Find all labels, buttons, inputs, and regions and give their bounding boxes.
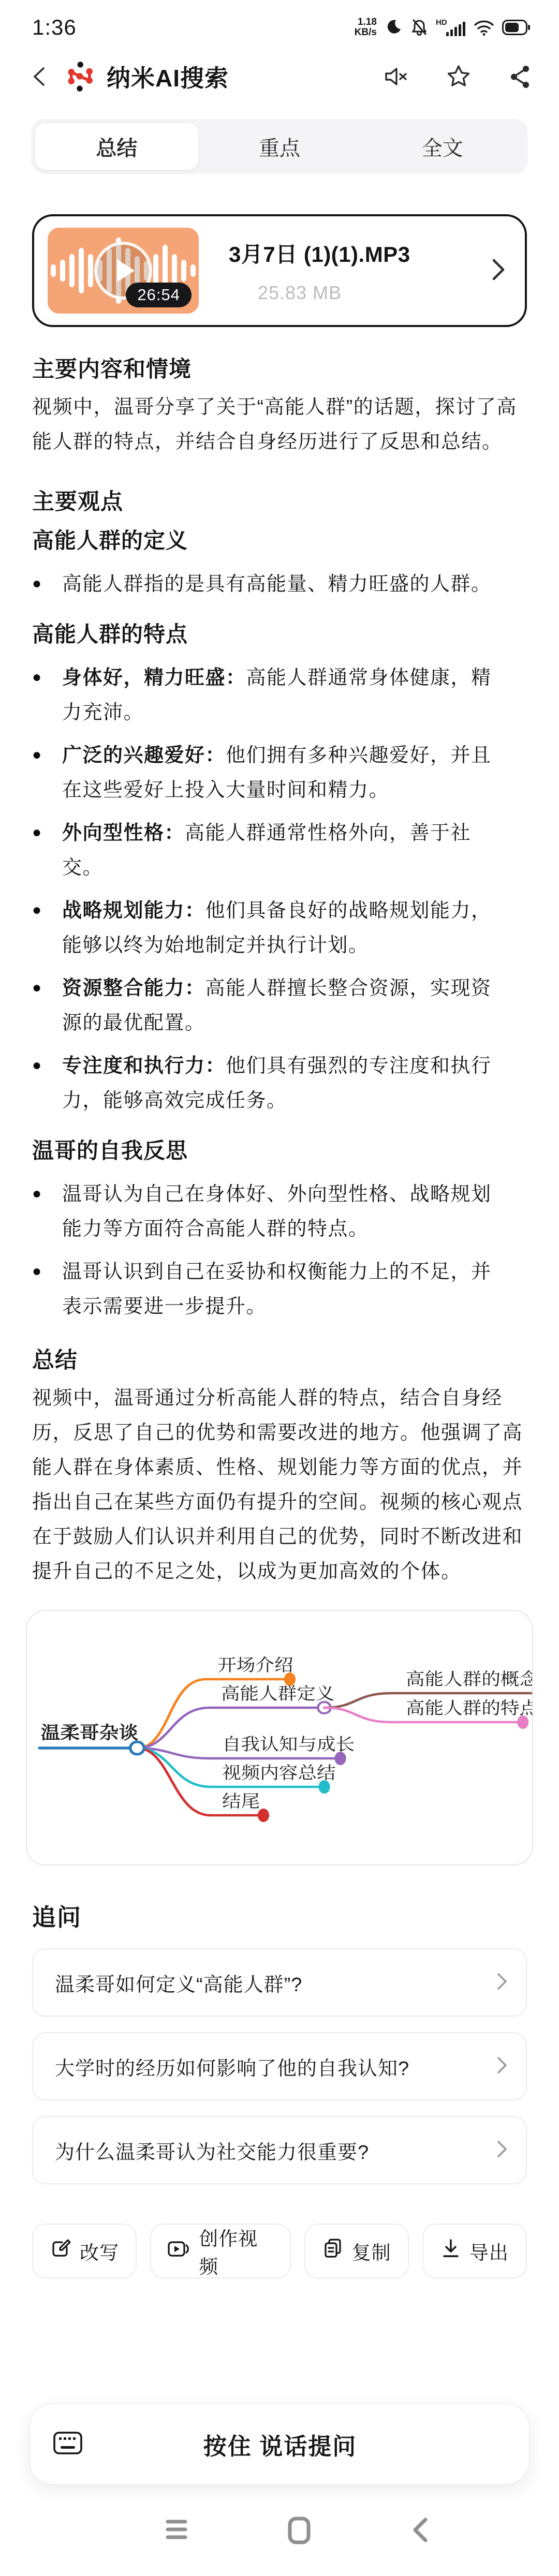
bullet-item: ●广泛的兴趣爱好：他们拥有多种兴趣爱好，并且在这些爱好上投入大量时间和精力。: [32, 738, 527, 808]
mindmap-graphic: 温柔哥杂谈开场介绍高能人群定义高能人群的概念高能人群的特点自我认知与成长视频内容…: [27, 1611, 532, 1864]
section-title: 总结: [32, 1347, 527, 1374]
voice-input-bar[interactable]: 按住 说话提问: [29, 2403, 530, 2485]
bullet-item: ●温哥认识到自己在妥协和权衡能力上的不足，并表示需要进一步提升。: [32, 1255, 527, 1324]
copy-icon: [322, 2238, 344, 2264]
bullet-item: ●高能人群指的是具有高能量、精力旺盛的人群。: [32, 567, 527, 602]
mindmap-node-label: 视频内容总结: [222, 1764, 336, 1783]
followup-question-2[interactable]: 大学时的经历如何影响了他的自我认知?: [32, 2032, 527, 2100]
tab-fulltext[interactable]: 全文: [361, 123, 524, 170]
bullet-text: 高能人群指的是具有高能量、精力旺盛的人群。: [62, 567, 527, 602]
mindmap-node-label: 开场介绍: [217, 1656, 293, 1675]
bullet-marker: ●: [32, 567, 62, 602]
network-speed: 1.18 KB/s: [355, 17, 377, 38]
keyboard-icon[interactable]: [53, 2431, 83, 2457]
bullet-marker: ●: [32, 894, 62, 963]
bell-muted-icon: [410, 18, 429, 37]
bullet-list: ●身体好，精力旺盛：高能人群通常身体健康，精力充沛。●广泛的兴趣爱好：他们拥有多…: [32, 661, 527, 1118]
tab-summary[interactable]: 总结: [35, 123, 198, 170]
rewrite-button[interactable]: 改写: [32, 2224, 137, 2278]
mindmap-node-label: 高能人群的特点: [406, 1699, 532, 1718]
mindmap-node-label: 高能人群定义: [221, 1684, 335, 1704]
bullet-item: ●身体好，精力旺盛：高能人群通常身体健康，精力充沛。: [32, 661, 527, 730]
battery-icon: [502, 20, 530, 35]
bullet-text: 外向型性格：高能人群通常性格外向，善于社交。: [62, 816, 527, 885]
followup-question-1[interactable]: 温柔哥如何定义“高能人群”?: [32, 1948, 527, 2017]
chevron-right-icon: [496, 2055, 508, 2078]
followup-title: 追问: [32, 1899, 527, 1933]
bullet-item: ●战略规划能力：他们具备良好的战略规划能力，能够以终为始地制定并执行计划。: [32, 894, 527, 963]
mindmap-node-label: 结尾: [222, 1792, 260, 1811]
bullet-marker: ●: [32, 738, 62, 808]
mindmap-root-label: 温柔哥杂谈: [41, 1723, 139, 1743]
create-video-button[interactable]: 创作视频: [150, 2224, 290, 2278]
chevron-right-icon: [496, 1972, 508, 1994]
mindmap-node-label: 自我认知与成长: [222, 1735, 355, 1754]
bullet-text: 战略规划能力：他们具备良好的战略规划能力，能够以终为始地制定并执行计划。: [62, 894, 527, 963]
bullet-text: 温哥认为自己在身体好、外向型性格、战略规划能力等方面符合高能人群的特点。: [62, 1177, 527, 1247]
section-paragraph: 视频中，温哥通过分析高能人群的特点，结合自身经历，反思了自己的优势和需要改进的地…: [32, 1381, 527, 1589]
mindmap-card[interactable]: 温柔哥杂谈开场介绍高能人群定义高能人群的概念高能人群的特点自我认知与成长视频内容…: [26, 1610, 533, 1866]
status-bar: 1:36 1.18 KB/s HD: [0, 0, 559, 48]
menu-icon[interactable]: [163, 2516, 190, 2545]
duration-badge: 26:54: [126, 283, 192, 307]
bullet-text: 广泛的兴趣爱好：他们拥有多种兴趣爱好，并且在这些爱好上投入大量时间和精力。: [62, 738, 527, 808]
bullet-item: ●温哥认为自己在身体好、外向型性格、战略规划能力等方面符合高能人群的特点。: [32, 1177, 527, 1247]
bullet-list: ●高能人群指的是具有高能量、精力旺盛的人群。: [32, 567, 527, 602]
status-icons: 1.18 KB/s HD: [355, 17, 530, 38]
section-title: 主要内容和情境: [32, 356, 527, 383]
bullet-item: ●外向型性格：高能人群通常性格外向，善于社交。: [32, 816, 527, 885]
tab-bar: 总结 重点 全文: [31, 119, 528, 174]
create-video-icon: [167, 2238, 190, 2264]
rewrite-icon: [50, 2238, 71, 2264]
bullet-text: 专注度和执行力：他们具有强烈的专注度和执行力，能够高效完成任务。: [62, 1049, 527, 1118]
signal-bars-icon: HD: [436, 18, 466, 37]
bullet-item: ●资源整合能力：高能人群擅长整合资源，实现资源的最优配置。: [32, 971, 527, 1041]
back-icon[interactable]: [409, 2516, 431, 2547]
bullet-marker: ●: [32, 971, 62, 1041]
summary-content: 主要内容和情境 视频中，温哥分享了关于“高能人群”的话题，探讨了高能人群的特点，…: [0, 327, 559, 1589]
home-icon[interactable]: [286, 2516, 313, 2548]
star-icon[interactable]: [446, 65, 471, 88]
bullet-list: ●温哥认为自己在身体好、外向型性格、战略规划能力等方面符合高能人群的特点。●温哥…: [32, 1177, 527, 1324]
action-bar: 改写 创作视频 复制: [32, 2224, 527, 2278]
tab-highlights[interactable]: 重点: [198, 123, 361, 170]
audio-thumbnail[interactable]: 26:54: [48, 228, 199, 314]
bullet-marker: ●: [32, 1177, 62, 1247]
export-button[interactable]: 导出: [422, 2224, 527, 2278]
chevron-right-icon[interactable]: [491, 257, 506, 285]
bullet-marker: ●: [32, 1255, 62, 1324]
subsection-title: 温哥的自我反思: [32, 1138, 527, 1164]
bullet-marker: ●: [32, 661, 62, 730]
status-time: 1:36: [32, 15, 77, 40]
followup-section: 追问 温柔哥如何定义“高能人群”? 大学时的经历如何影响了他的自我认知? 为什么…: [0, 1866, 559, 2184]
share-icon[interactable]: [508, 65, 532, 88]
voice-input-label: 按住 说话提问: [83, 2427, 477, 2461]
section-paragraph: 视频中，温哥分享了关于“高能人群”的话题，探讨了高能人群的特点，并结合自身经历进…: [32, 390, 527, 460]
audio-title: 3月7日 (1)(1).MP3: [229, 238, 491, 269]
app-logo-icon: [63, 61, 96, 92]
moon-icon: [384, 18, 403, 37]
subsection-title: 高能人群的特点: [32, 621, 527, 647]
wifi-icon: [473, 18, 495, 37]
audio-file-card[interactable]: 26:54 3月7日 (1)(1).MP3 25.83 MB: [32, 214, 527, 327]
back-icon[interactable]: [29, 65, 53, 88]
subsection-title: 高能人群的定义: [32, 528, 527, 554]
bullet-text: 资源整合能力：高能人群擅长整合资源，实现资源的最优配置。: [62, 971, 527, 1041]
system-nav-bar: [0, 2498, 559, 2576]
copy-button[interactable]: 复制: [304, 2224, 409, 2278]
audio-size: 25.83 MB: [229, 282, 491, 304]
speaker-muted-icon[interactable]: [383, 65, 409, 88]
followup-question-3[interactable]: 为什么温柔哥认为社交能力很重要?: [32, 2116, 527, 2184]
bullet-text: 温哥认识到自己在妥协和权衡能力上的不足，并表示需要进一步提升。: [62, 1255, 527, 1324]
mindmap-node-label: 高能人群的概念: [406, 1670, 532, 1689]
bullet-marker: ●: [32, 816, 62, 885]
audio-meta: 3月7日 (1)(1).MP3 25.83 MB: [199, 238, 491, 304]
page-title: 纳米AI搜索: [107, 60, 229, 94]
chevron-right-icon: [496, 2139, 508, 2162]
bullet-marker: ●: [32, 1049, 62, 1118]
bullet-text: 身体好，精力旺盛：高能人群通常身体健康，精力充沛。: [62, 661, 527, 730]
section-title: 主要观点: [32, 488, 527, 515]
bullet-item: ●专注度和执行力：他们具有强烈的专注度和执行力，能够高效完成任务。: [32, 1049, 527, 1118]
hd-label: HD: [436, 18, 447, 27]
export-icon: [440, 2238, 461, 2264]
app-header: 纳米AI搜索: [0, 48, 559, 106]
